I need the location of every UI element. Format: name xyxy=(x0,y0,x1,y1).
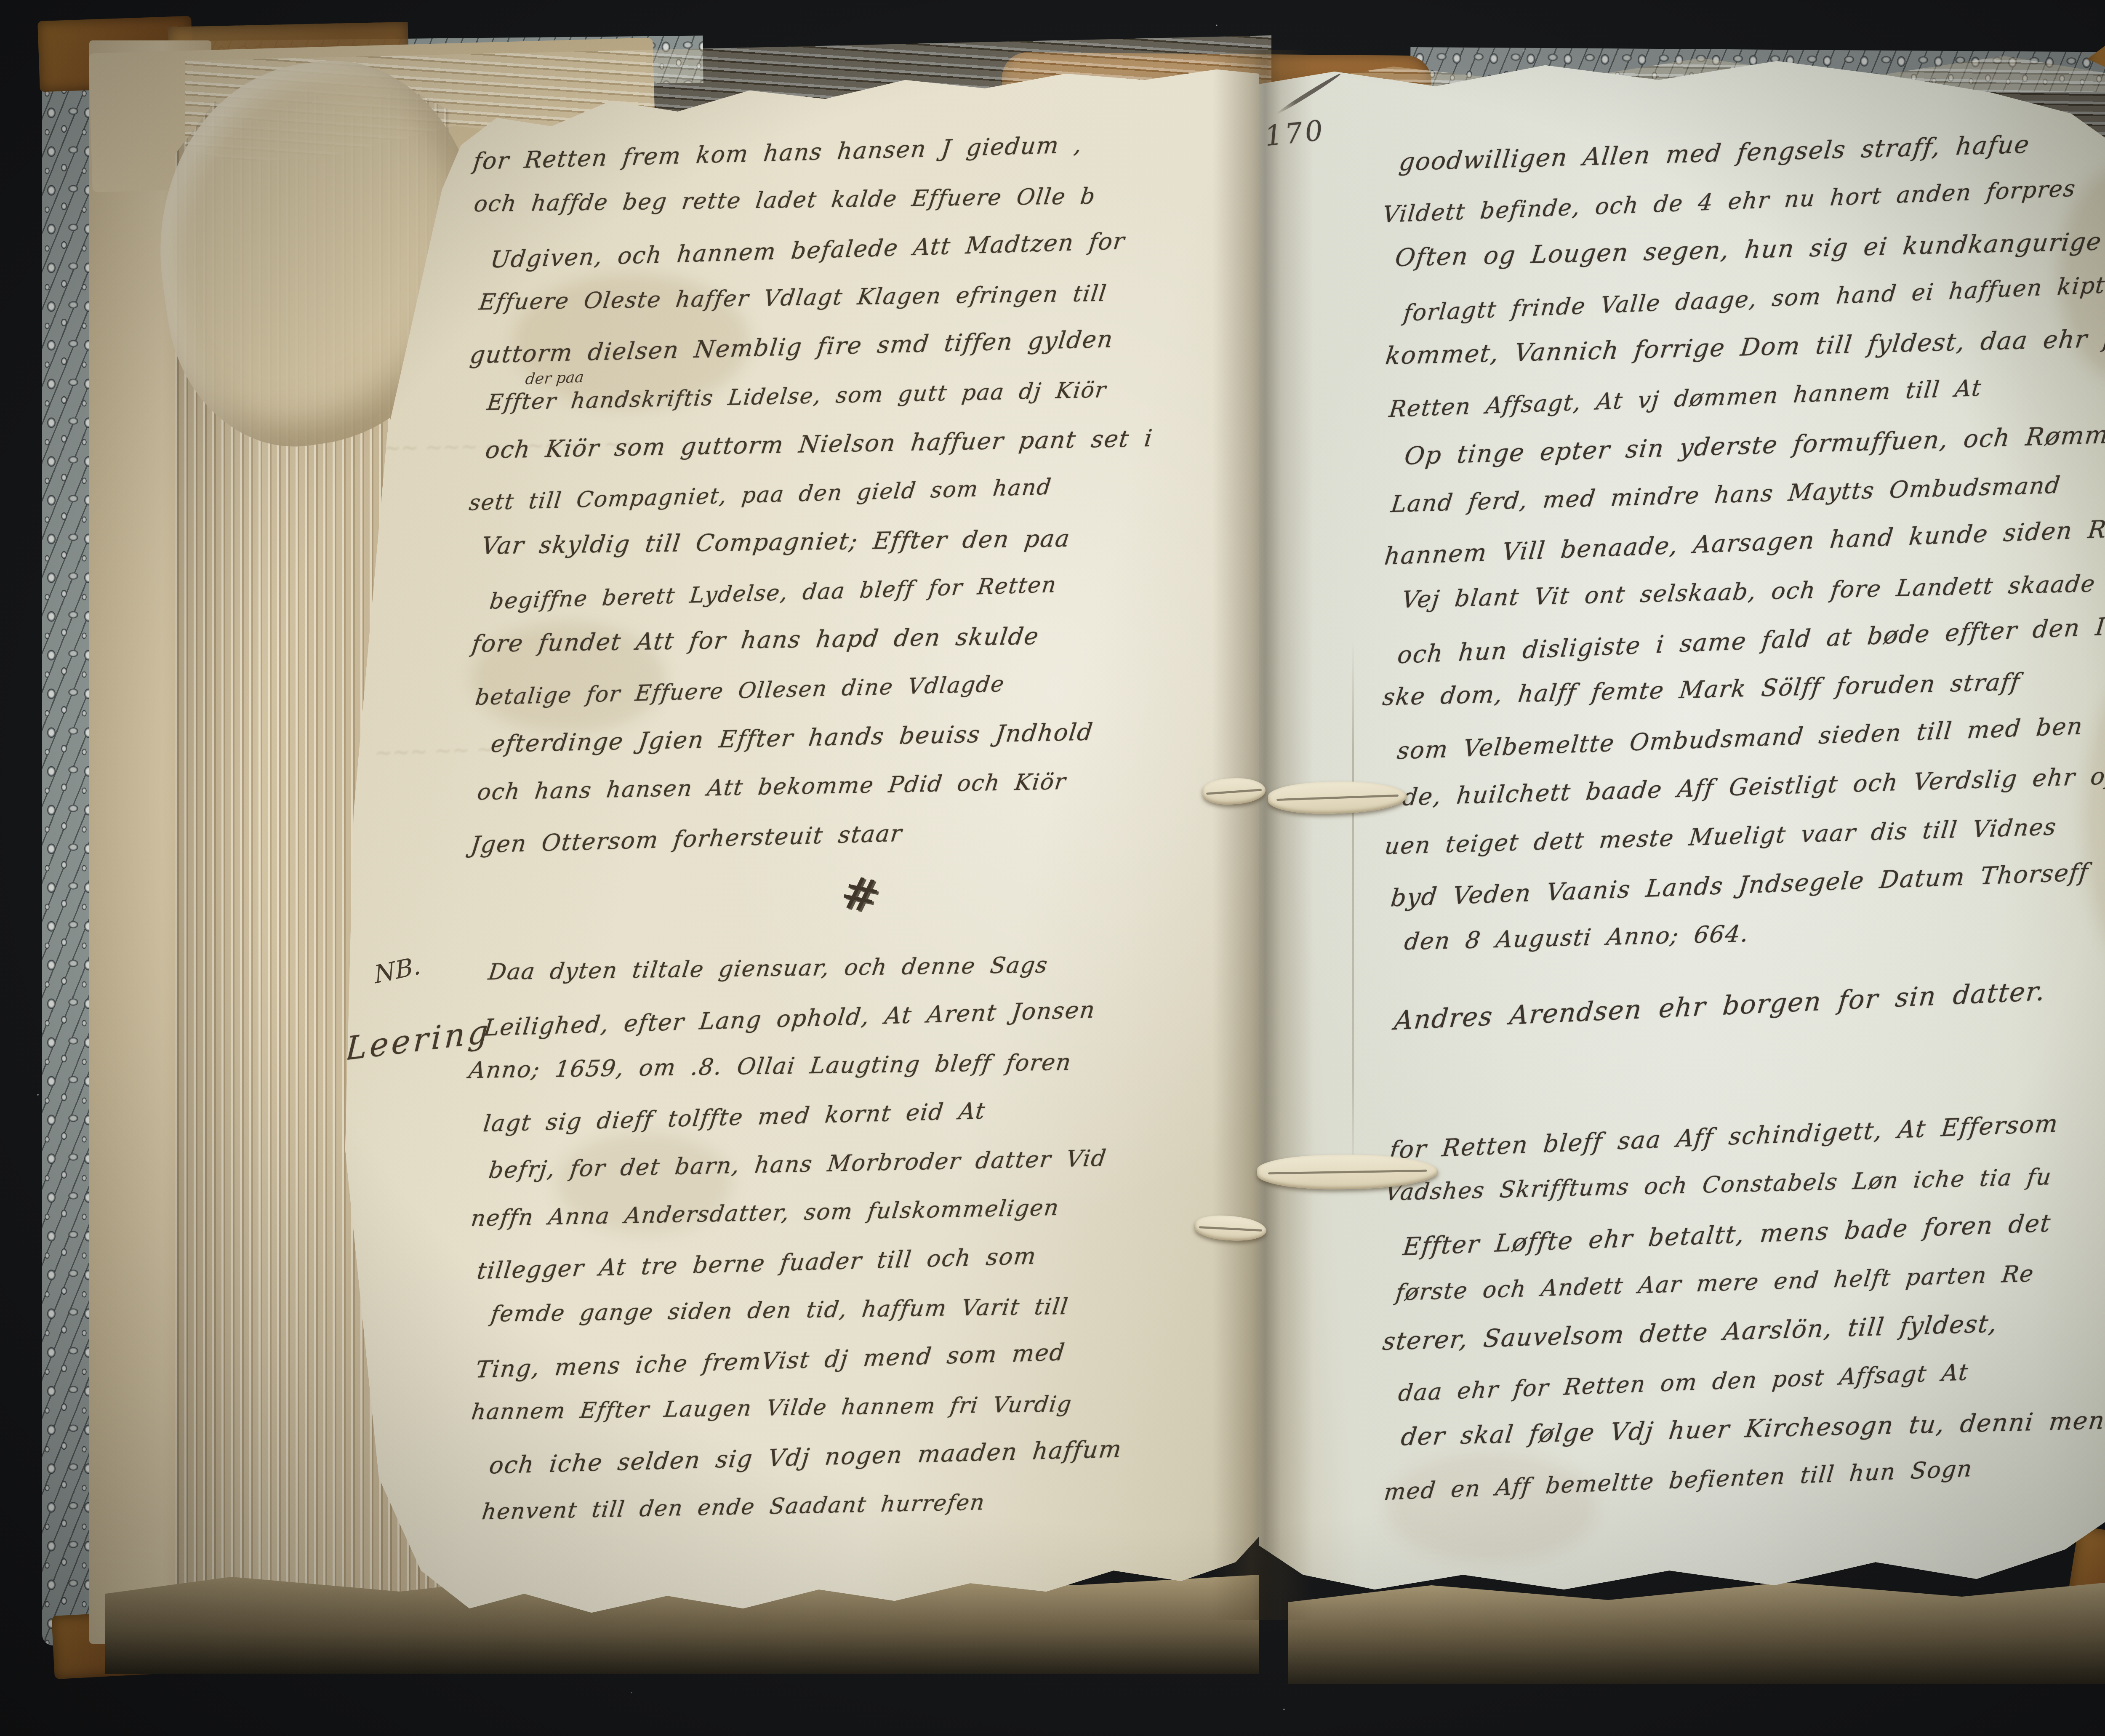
right-page: 170 goodwilligen Allen med fengsels stra… xyxy=(1259,42,2105,1646)
left-page-text: for Retten frem kom hans hansen J giedum… xyxy=(480,126,1238,1529)
page-number: 170 xyxy=(1263,114,1327,153)
left-page: ~~ ~~~ ~~ ~~~~ ~~ ~~~ ~~ ~~~~ ~~~ NB. Le… xyxy=(337,55,1259,1642)
margin-note-nb: NB. xyxy=(373,951,422,989)
manuscript-photo: ~~ ~~~ ~~ ~~~~ ~~ ~~~ ~~ ~~~~ ~~~ NB. Le… xyxy=(0,0,2105,1736)
page-edges-bottom-right xyxy=(1288,1579,2105,1684)
margin-note-leering: Leering xyxy=(345,1012,492,1068)
paper-crease xyxy=(1352,640,1354,1187)
interline-correction: der paa xyxy=(525,368,585,388)
right-page-text: goodwilligen Allen med fengsels straff, … xyxy=(1394,126,2105,1501)
